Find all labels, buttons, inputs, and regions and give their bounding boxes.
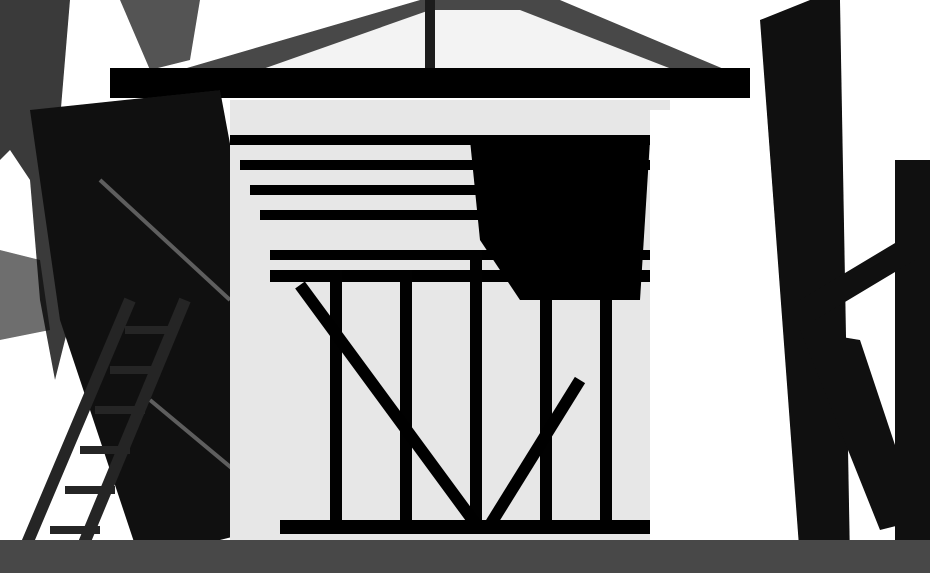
scene — [0, 0, 930, 573]
back-wall — [230, 100, 670, 540]
right-wall — [650, 110, 775, 550]
ground — [0, 540, 930, 573]
photograph — [0, 0, 930, 573]
